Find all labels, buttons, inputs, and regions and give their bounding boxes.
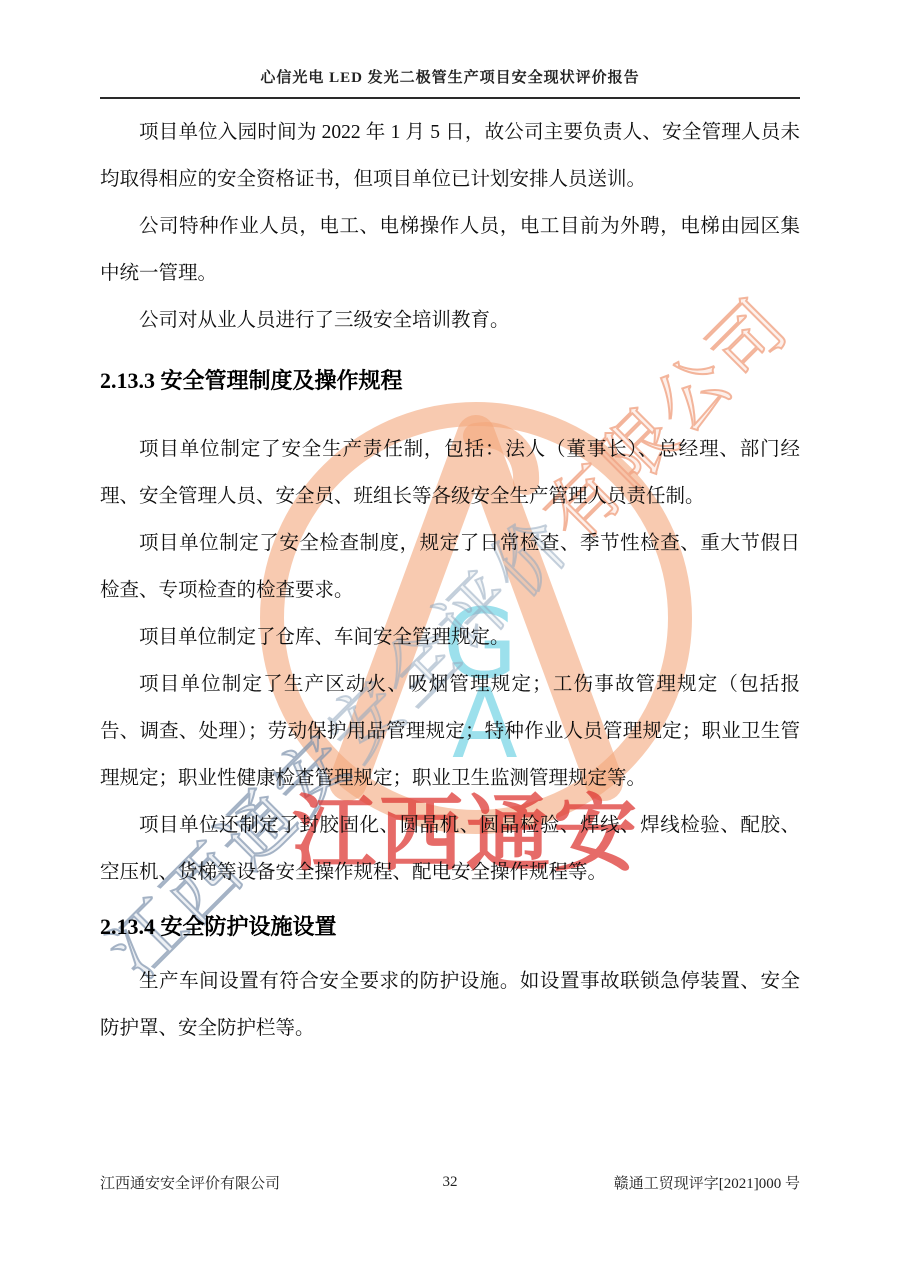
paragraph: 项目单位制定了生产区动火、吸烟管理规定；工伤事故管理规定（包括报告、调查、处理）…: [100, 661, 800, 802]
section-heading-2-13-4: 2.13.4 安全防护设施设置: [100, 912, 800, 942]
header-rule: [100, 97, 800, 99]
footer-page-number: 32: [443, 1174, 458, 1191]
footer-doc-number: 赣通工贸现评字[2021]000 号: [458, 1172, 801, 1193]
document-page: G A 江西通安安全评价有限公司 江西通安 心信光电 LED 发光二极管生产项目…: [0, 0, 900, 1272]
paragraph: 项目单位还制定了封胶固化、圆晶机、圆晶检验、焊线、焊线检验、配胶、空压机、货梯等…: [100, 802, 800, 896]
paragraph: 生产车间设置有符合安全要求的防护设施。如设置事故联锁急停装置、安全防护罩、安全防…: [100, 958, 800, 1052]
paragraph: 项目单位制定了仓库、车间安全管理规定。: [100, 614, 800, 661]
document-body: 项目单位入园时间为 2022 年 1 月 5 日，故公司主要负责人、安全管理人员…: [100, 109, 800, 1052]
section-heading-2-13-3: 2.13.3 安全管理制度及操作规程: [100, 366, 800, 396]
paragraph: 公司特种作业人员，电工、电梯操作人员，电工目前为外聘，电梯由园区集中统一管理。: [100, 203, 800, 297]
paragraph: 项目单位制定了安全检查制度，规定了日常检查、季节性检查、重大节假日检查、专项检查…: [100, 520, 800, 614]
page-footer: 江西通安安全评价有限公司 32 赣通工贸现评字[2021]000 号: [100, 1172, 800, 1193]
page-content: 心信光电 LED 发光二极管生产项目安全现状评价报告 项目单位入园时间为 202…: [0, 0, 900, 1272]
footer-company: 江西通安安全评价有限公司: [100, 1172, 443, 1193]
paragraph: 项目单位入园时间为 2022 年 1 月 5 日，故公司主要负责人、安全管理人员…: [100, 109, 800, 203]
paragraph: 项目单位制定了安全生产责任制，包括：法人（董事长）、总经理、部门经理、安全管理人…: [100, 426, 800, 520]
report-header-title: 心信光电 LED 发光二极管生产项目安全现状评价报告: [100, 0, 800, 88]
paragraph: 公司对从业人员进行了三级安全培训教育。: [100, 297, 800, 344]
